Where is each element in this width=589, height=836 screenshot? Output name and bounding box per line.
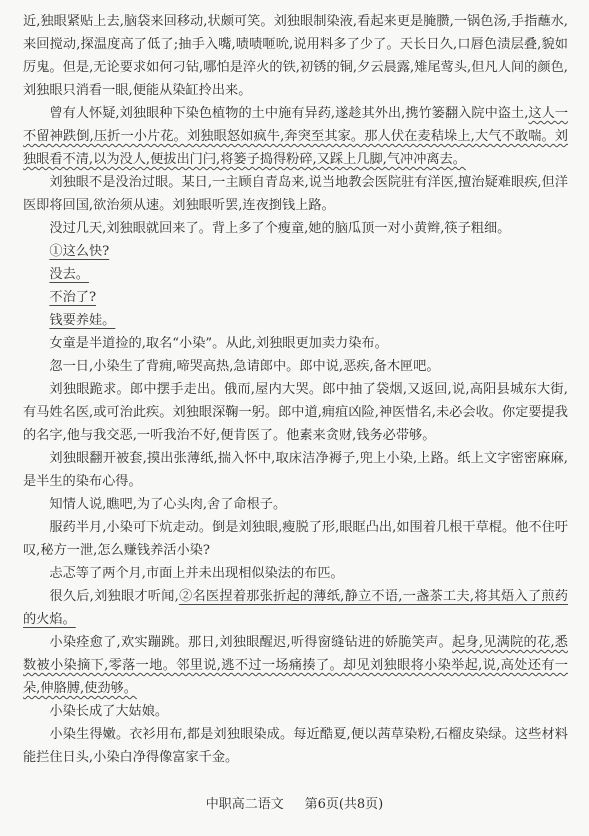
paragraph: 刘独眼不是没治过眼。某日,一主顾自青岛来,说当地教会医院驻有洋医,擅治疑难眼疾,… — [23, 171, 568, 217]
text-run: 近,独眼紧贴上去,脑袋来回移动,状颇可笑。刘独眼制染液,看起来更是腌臜,一锅色汤… — [23, 14, 568, 98]
paragraph: 小染长成了大姑娘。 — [23, 700, 568, 723]
paragraph: 服药半月,小染可下炕走动。倒是刘独眼,瘦脱了形,眼眶凸出,如围着几根干草棍。他不… — [23, 516, 568, 562]
text-run: 曾有人怀疑,刘独眼种下染色植物的土中施有异药,遂趁其外出,携竹篓翻入院中盗土, — [49, 106, 528, 121]
footer-page-number: 第6页(共8页) — [305, 797, 384, 812]
paragraph: 刘独眼跪求。郎中摆手走出。俄而,屋内大哭。郎中抽了袋烟,又返回,说,高阳县城东大… — [23, 378, 568, 447]
paragraph: 女童是半道捡的,取名“小染”。从此,刘独眼更加卖力染布。 — [23, 332, 568, 355]
paragraph: 近,独眼紧贴上去,脑袋来回移动,状颇可笑。刘独眼制染液,看起来更是腌臜,一锅色汤… — [23, 10, 568, 102]
text-run: 小染生得嫩。衣衫用布,都是刘独眼染成。每近酷夏,便以茜草染粉,石榴皮染绿。这些材… — [23, 727, 568, 765]
text-run: 知情人说,瞧吧,为了心头肉,舍了命根子。 — [49, 497, 286, 512]
underlined-text: 钱要养娃。 — [49, 313, 115, 328]
paragraph: 知情人说,瞧吧,为了心头肉,舍了命根子。 — [23, 493, 568, 516]
paragraph: 曾有人怀疑,刘独眼种下染色植物的土中施有异药,遂趁其外出,携竹篓翻入院中盗土,这… — [23, 102, 568, 171]
underlined-text: 不治了? — [49, 290, 96, 305]
paragraph: 忐忑等了两个月,市面上并未出现相似染法的布匹。 — [23, 562, 568, 585]
footer-course-title: 中职高二语文 — [206, 797, 284, 812]
text-run: 刘独眼跪求。郎中摆手走出。俄而,屋内大哭。郎中抽了袋烟,又返回,说,高阳县城东大… — [23, 382, 568, 443]
text-run: 服药半月,小染可下炕走动。倒是刘独眼,瘦脱了形,眼眶凸出,如围着几根干草棍。他不… — [23, 520, 568, 558]
text-run: 小染长成了大姑娘。 — [49, 704, 168, 719]
paragraph: 刘独眼翻开被套,摸出张薄纸,揣入怀中,取床洁净褥子,兜上小染,上路。纸上文字密密… — [23, 447, 568, 493]
paragraph: 没去。 — [23, 263, 568, 286]
text-run: 刘独眼翻开被套,摸出张薄纸,揣入怀中,取床洁净褥子,兜上小染,上路。纸上文字密密… — [23, 451, 568, 489]
paragraph: 不治了? — [23, 286, 568, 309]
document-body: 近,独眼紧贴上去,脑袋来回移动,状颇可笑。刘独眼制染液,看起来更是腌臜,一锅色汤… — [0, 0, 589, 769]
exam-page: 近,独眼紧贴上去,脑袋来回移动,状颇可笑。刘独眼制染液,看起来更是腌臜,一锅色汤… — [0, 0, 589, 836]
paragraph: 钱要养娃。 — [23, 309, 568, 332]
text-run: 小染痊愈了,欢实蹦跳。那日,刘独眼醒迟,听得窗缝钻进的娇脆笑声。 — [49, 635, 452, 650]
text-run: 忽一日,小染生了背痈,啼哭高热,急请郎中。郎中说,恶疾,备木匣吧。 — [49, 359, 439, 374]
text-run: 没过几天,刘独眼就回来了。背上多了个瘦童,她的脑瓜顶一对小黄辫,筷子粗细。 — [49, 221, 510, 236]
text-run: 很久后,刘独眼才听闻, — [49, 589, 178, 604]
paragraph: 小染生得嫩。衣衫用布,都是刘独眼染成。每近酷夏,便以茜草染粉,石榴皮染绿。这些材… — [23, 723, 568, 769]
paragraph: ①这么快? — [23, 240, 568, 263]
paragraph: 小染痊愈了,欢实蹦跳。那日,刘独眼醒迟,听得窗缝钻进的娇脆笑声。起身,见满院的花… — [23, 631, 568, 700]
underlined-text: 没去。 — [49, 267, 89, 282]
page-footer: 中职高二语文第6页(共8页) — [0, 793, 589, 812]
paragraph: 忽一日,小染生了背痈,啼哭高热,急请郎中。郎中说,恶疾,备木匣吧。 — [23, 355, 568, 378]
text-run: 刘独眼不是没治过眼。某日,一主顾自青岛来,说当地教会医院驻有洋医,擅治疑难眼疾,… — [23, 175, 568, 213]
paragraph: 很久后,刘独眼才听闻,②名医捏着那张折起的薄纸,静立不语,一盏茶工夫,将其焐入了… — [23, 585, 568, 631]
text-run: 女童是半道捡的,取名“小染”。从此,刘独眼更加卖力染布。 — [49, 336, 387, 351]
underlined-text: ①这么快? — [49, 244, 109, 259]
text-run: 忐忑等了两个月,市面上并未出现相似染法的布匹。 — [49, 566, 343, 581]
paragraph: 没过几天,刘独眼就回来了。背上多了个瘦童,她的脑瓜顶一对小黄辫,筷子粗细。 — [23, 217, 568, 240]
